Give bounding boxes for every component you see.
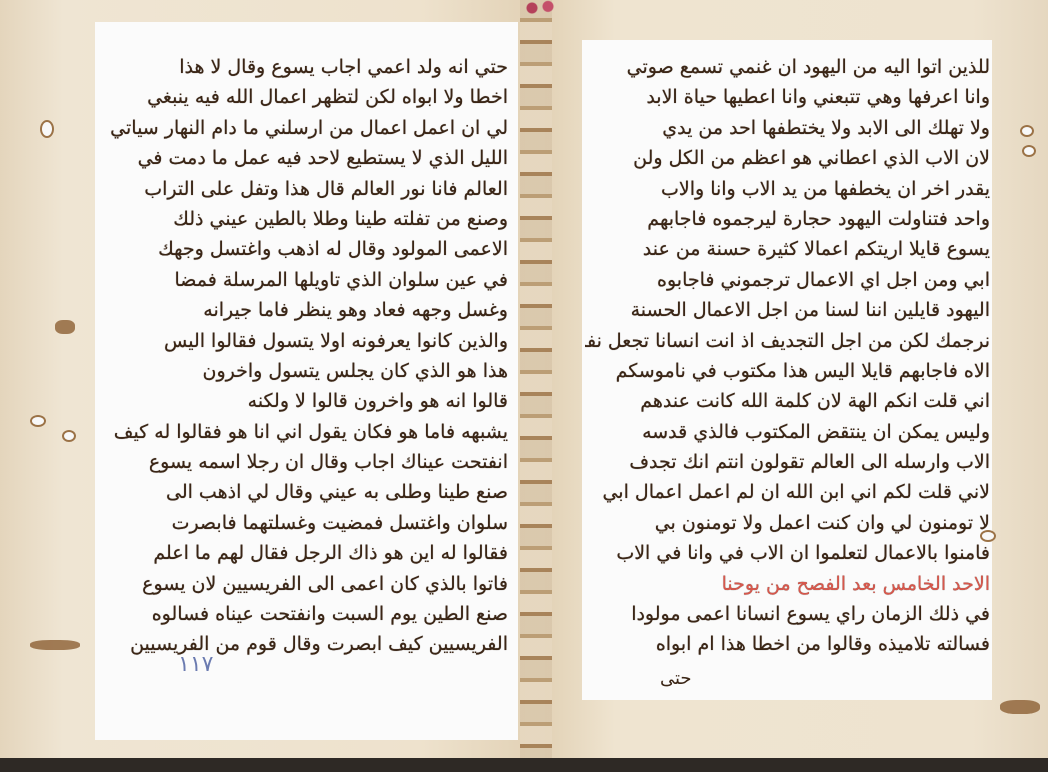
catchword: حتى bbox=[660, 668, 692, 689]
text-line: لاني قلت لكم اني ابن الله ان لم اعمل اعم… bbox=[585, 477, 990, 507]
text-line: الليل الذي لا يستطيع لاحد فيه عمل ما دمت… bbox=[110, 143, 508, 173]
text-line: حتي انه ولد اعمي اجاب يسوع وقال لا هذا bbox=[110, 52, 508, 82]
text-line: ولا تهلك الى الابد ولا يختطفها احد من يد… bbox=[585, 113, 990, 143]
worm-hole bbox=[30, 415, 46, 427]
left-page-text: حتي انه ولد اعمي اجاب يسوع وقال لا هذا ا… bbox=[110, 52, 508, 660]
text-line: الفريسيين كيف ابصرت وقال قوم من الفريسيي… bbox=[110, 629, 508, 659]
rubric-heading: الاحد الخامس بعد الفصح من يوحنا bbox=[585, 569, 990, 599]
text-line: فقالوا له اين هو ذاك الرجل فقال لهم ما ا… bbox=[110, 538, 508, 568]
text-line: الاه فاجابهم قايلا اليس هذا مكتوب في نام… bbox=[585, 356, 990, 386]
folio-number: ١١٧ bbox=[178, 652, 213, 677]
background-edge bbox=[0, 758, 1048, 772]
text-line: صنع الطين يوم السبت وانفتحت عيناه فسالوه bbox=[110, 599, 508, 629]
text-line: واحد فتناولت اليهود حجارة ليرجموه فاجابه… bbox=[585, 204, 990, 234]
text-line: انفتحت عيناك اجاب وقال ان رجلا اسمه يسوع bbox=[110, 447, 508, 477]
worm-hole bbox=[62, 430, 76, 442]
text-line: اني قلت انكم الهة لان كلمة الله كانت عند… bbox=[585, 386, 990, 416]
text-line: لي ان اعمل اعمال من ارسلني ما دام النهار… bbox=[110, 113, 508, 143]
text-line: الاب وارسله الى العالم تقولون انتم انك ت… bbox=[585, 447, 990, 477]
text-line: وليس يمكن ان ينتقض المكتوب فالذي قدسه bbox=[585, 417, 990, 447]
worm-hole bbox=[40, 120, 54, 138]
text-line: في ذلك الزمان راي يسوع انسانا اعمى مولود… bbox=[585, 599, 990, 629]
text-line: الاعمى المولود وقال له اذهب واغتسل وجهك bbox=[110, 234, 508, 264]
worm-hole bbox=[1020, 125, 1034, 137]
binding-thread bbox=[520, 0, 560, 16]
text-line: وانا اعرفها وهي تتبعني وانا اعطيها حياة … bbox=[585, 82, 990, 112]
text-line: اخطا ولا ابواه لكن لتظهر اعمال الله فيه … bbox=[110, 82, 508, 112]
text-line: يشبهه فاما هو فكان يقول اني انا هو فقالو… bbox=[110, 417, 508, 447]
text-line: العالم فانا نور العالم قال هذا وتفل على … bbox=[110, 174, 508, 204]
damage-stain bbox=[1000, 700, 1040, 714]
text-line: لا تومنون لي وان كنت اعمل ولا تومنون بي bbox=[585, 508, 990, 538]
text-line: قالوا انه هو واخرون قالوا لا ولكنه bbox=[110, 386, 508, 416]
worm-hole bbox=[1022, 145, 1036, 157]
text-line: فاتوا بالذي كان اعمى الى الفريسيين لان ي… bbox=[110, 569, 508, 599]
text-line: للذين اتوا اليه من اليهود ان غنمي تسمع ص… bbox=[585, 52, 990, 82]
damage-stain bbox=[30, 640, 80, 650]
text-line: يسوع قايلا اريتكم اعمالا كثيرة حسنة من ع… bbox=[585, 234, 990, 264]
text-line: ابي ومن اجل اي الاعمال ترجموني فاجابوه bbox=[585, 265, 990, 295]
text-line: وصنع من تفلته طينا وطلا بالطين عيني ذلك bbox=[110, 204, 508, 234]
text-line: في عين سلوان الذي تاويلها المرسلة فمضا bbox=[110, 265, 508, 295]
text-line: وغسل وجهه فعاد وهو ينظر فاما جيرانه bbox=[110, 295, 508, 325]
text-line: سلوان واغتسل فمضيت وغسلتهما فابصرت bbox=[110, 508, 508, 538]
text-line: لان الاب الذي اعطاني هو اعظم من الكل ولن bbox=[585, 143, 990, 173]
text-line: فسالته تلاميذه وقالوا من اخطا هذا ام ابو… bbox=[585, 629, 990, 659]
binding-spine bbox=[520, 0, 552, 758]
text-line: فامنوا بالاعمال لتعلموا ان الاب في وانا … bbox=[585, 538, 990, 568]
manuscript-spread: حتي انه ولد اعمي اجاب يسوع وقال لا هذا ا… bbox=[0, 0, 1048, 772]
text-line: نرجمك لكن من اجل التجديف اذ انت انسانا ت… bbox=[585, 326, 990, 356]
text-line: اليهود قايلين اننا لسنا من اجل الاعمال ا… bbox=[585, 295, 990, 325]
text-line: والذين كانوا يعرفونه اولا يتسول فقالوا ا… bbox=[110, 326, 508, 356]
right-page-text: للذين اتوا اليه من اليهود ان غنمي تسمع ص… bbox=[585, 52, 990, 660]
damage-stain bbox=[55, 320, 75, 334]
text-line: يقدر اخر ان يخطفها من يد الاب وانا والاب bbox=[585, 174, 990, 204]
text-line: صنع طينا وطلى به عيني وقال لي اذهب الى bbox=[110, 477, 508, 507]
text-line: هذا هو الذي كان يجلس يتسول واخرون bbox=[110, 356, 508, 386]
